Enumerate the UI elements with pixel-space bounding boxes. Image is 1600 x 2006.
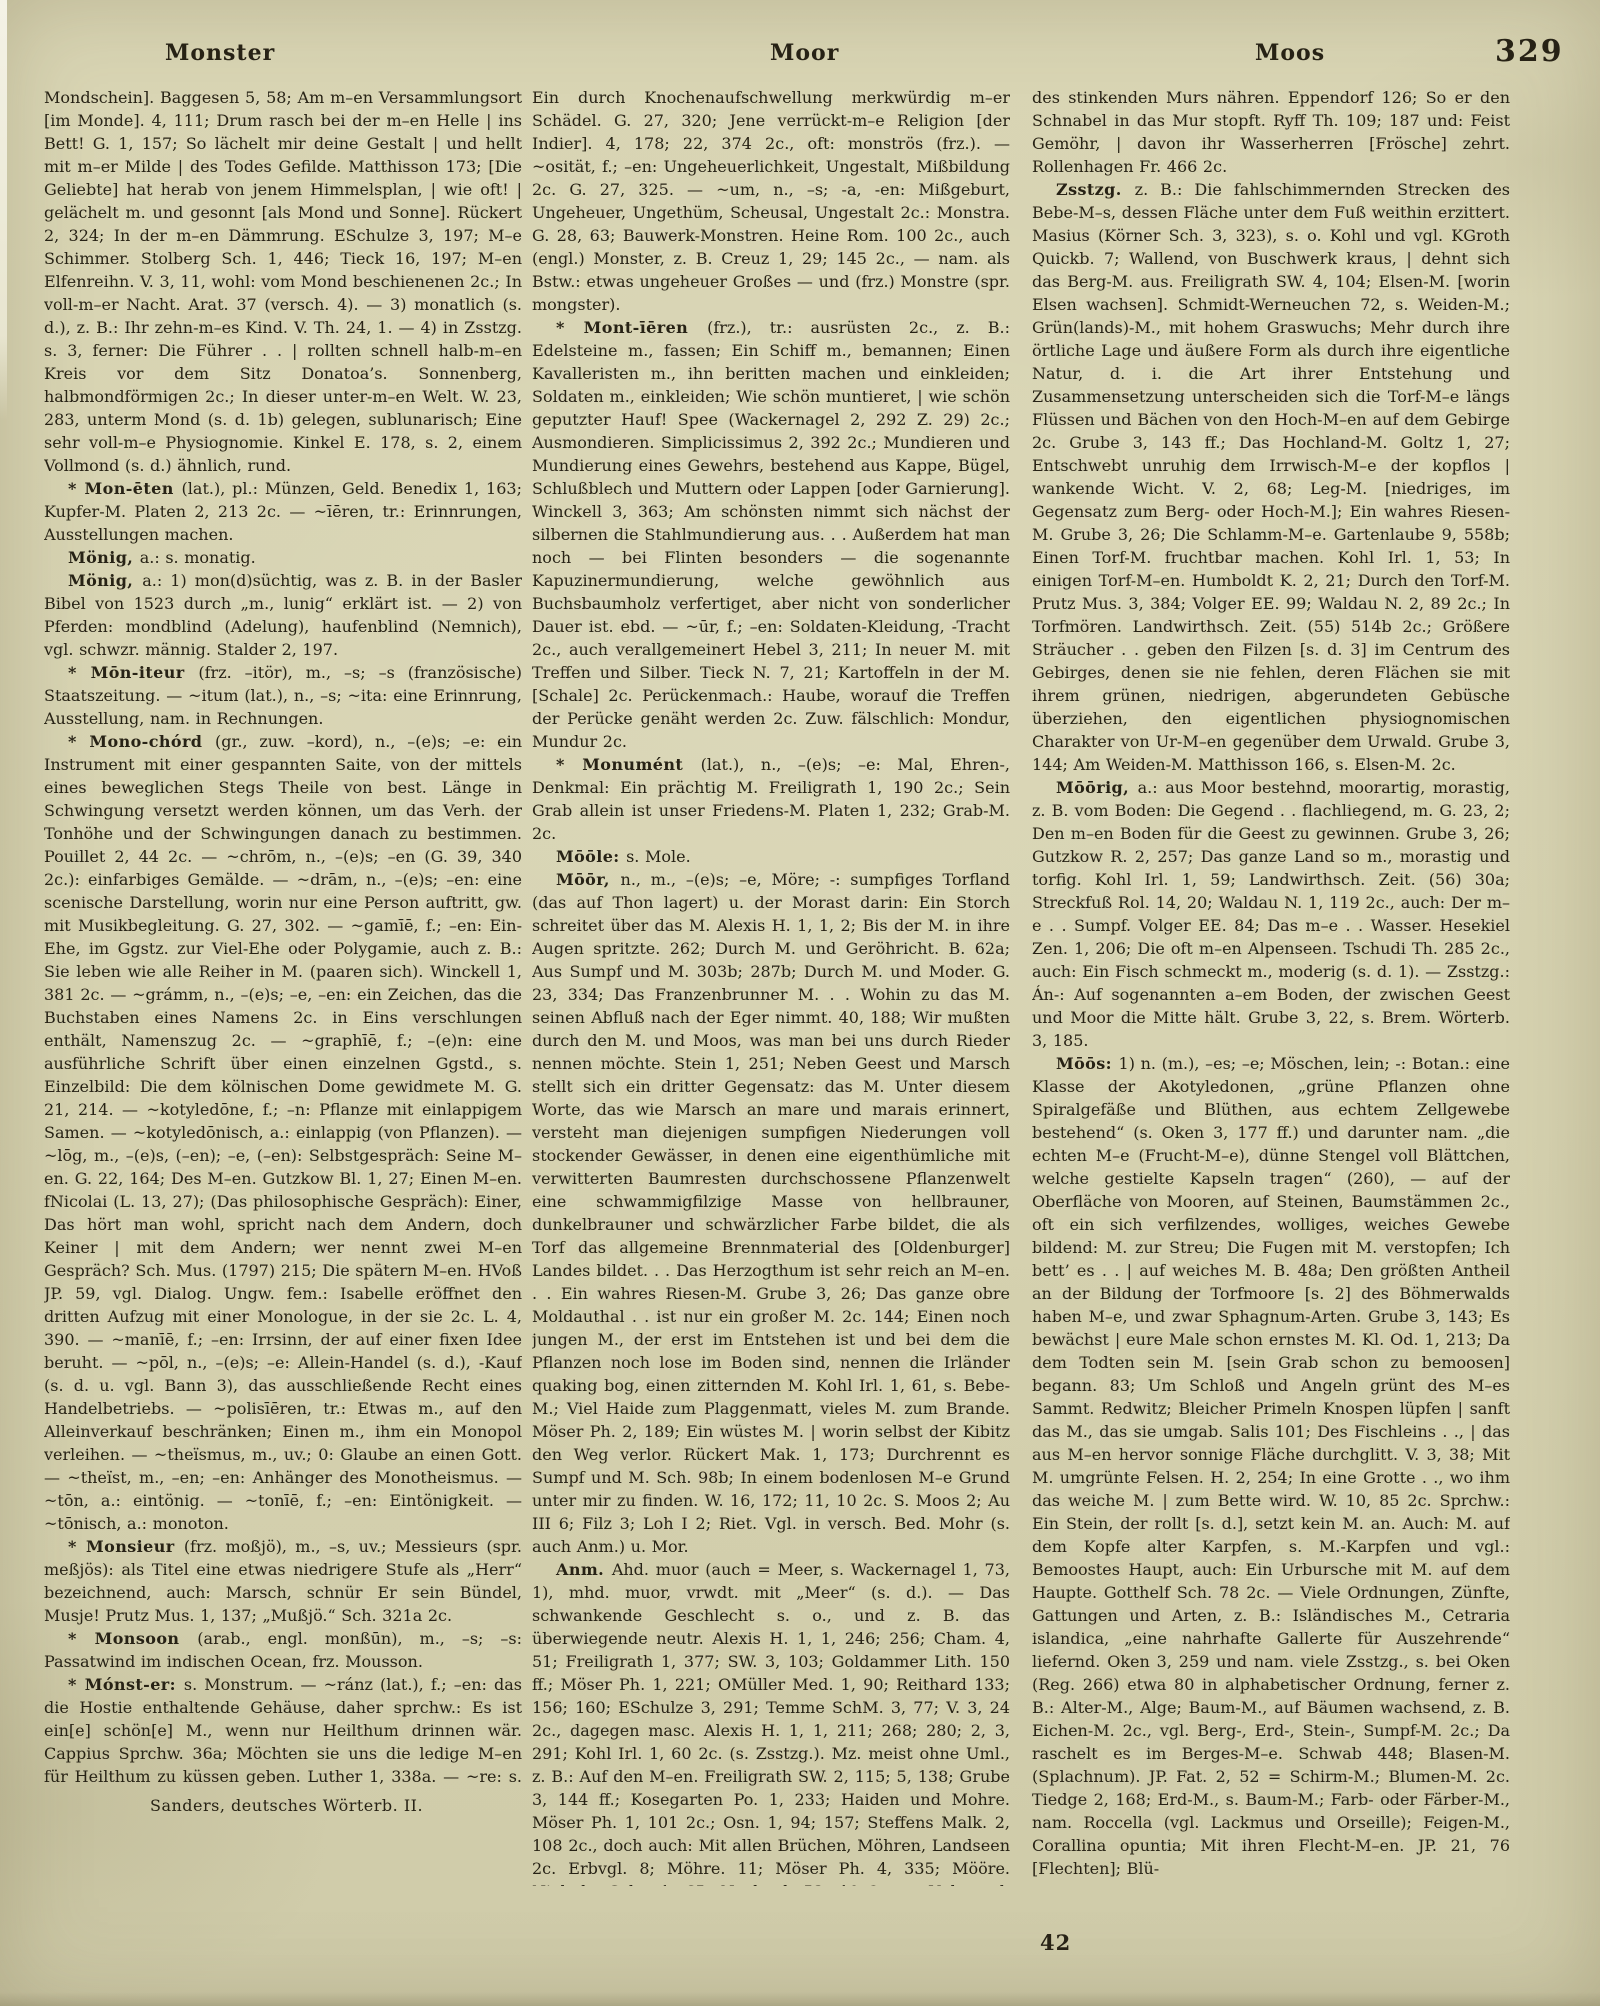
dictionary-paragraph: * Mono-chórd (gr., zuw. –kord), n., –(e)…: [44, 730, 522, 1535]
entry-headword: Mönig,: [68, 571, 142, 590]
entry-headword: Mōōs:: [1056, 1054, 1119, 1073]
dictionary-paragraph: Mondschein]. Baggesen 5, 58; Am m–en Ver…: [44, 86, 522, 477]
scan-edge-bottom: [0, 1992, 1600, 2006]
dictionary-paragraph: * Monsoon (arab., engl. monßūn), m., –s;…: [44, 1627, 522, 1673]
entry-headword: Mōōrig,: [1056, 778, 1138, 797]
sheet-mark: 42: [1040, 1930, 1071, 1955]
dictionary-paragraph: des stinkenden Murs nähren. Eppendorf 12…: [1032, 86, 1510, 178]
dictionary-paragraph: * Mōn-iteur (frz. –itör), m., –s; –s (fr…: [44, 661, 522, 730]
dictionary-paragraph: Mōōr, n., m., –(e)s; –e, Möre; -: sumpfi…: [532, 868, 1010, 1558]
dictionary-paragraph: * Monumént (lat.), n., –(e)s; –e: Mal, E…: [532, 753, 1010, 845]
dictionary-paragraph: Mönig, a.: 1) mon(d)süchtig, was z. B. i…: [44, 569, 522, 661]
entry-headword: * Monsieur: [68, 1537, 184, 1556]
page-number: 329: [1495, 34, 1564, 69]
volume-signature: Sanders, deutsches Wörterb. II.: [150, 1796, 423, 1815]
dictionary-paragraph: * Mont-īēren (frz.), tr.: ausrüsten 2c.,…: [532, 316, 1010, 753]
dictionary-paragraph: Mönig, a.: s. monatig.: [44, 546, 522, 569]
running-head-keyword-right: Moos: [1255, 40, 1325, 66]
dictionary-page: Monster Moor Moos 329 Mondschein]. Bagge…: [0, 0, 1600, 2006]
entry-headword: * Monsoon: [68, 1629, 197, 1648]
running-head: Monster Moor Moos 329: [0, 40, 1600, 74]
text-column-3: des stinkenden Murs nähren. Eppendorf 12…: [1032, 86, 1510, 1948]
entry-headword: Zsstzg.: [1056, 180, 1135, 199]
entry-headword: * Mono-chórd: [68, 732, 215, 751]
text-column-2: Ein durch Knochenaufschwellung merkwürdi…: [532, 86, 1010, 1886]
entry-headword: Anm.: [556, 1560, 612, 1579]
entry-headword: Mōōr,: [556, 870, 621, 889]
dictionary-paragraph: Anm. Ahd. muor (auch = Meer, s. Wackerna…: [532, 1558, 1010, 1886]
entry-headword: * Mont-īēren: [556, 318, 707, 337]
dictionary-paragraph: Mōōle: s. Mole.: [532, 845, 1010, 868]
running-head-keyword-left: Monster: [165, 40, 275, 66]
entry-headword: * Mōn-iteur: [68, 663, 198, 682]
entry-headword: Mönig,: [68, 548, 140, 567]
entry-headword: Mōōle:: [556, 847, 626, 866]
dictionary-paragraph: * Mónst-er: s. Monstrum. — ~ránz (lat.),…: [44, 1673, 522, 1792]
text-column-1: Mondschein]. Baggesen 5, 58; Am m–en Ver…: [44, 86, 522, 1792]
dictionary-paragraph: Ein durch Knochenaufschwellung merkwürdi…: [532, 86, 1010, 316]
dictionary-paragraph: * Mon-ēten (lat.), pl.: Münzen, Geld. Be…: [44, 477, 522, 546]
entry-headword: * Mon-ēten: [68, 479, 182, 498]
running-head-keyword-center: Moor: [770, 40, 839, 66]
dictionary-paragraph: * Monsieur (frz. moßjö), m., –s, uv.; Me…: [44, 1535, 522, 1627]
entry-headword: * Mónst-er:: [68, 1675, 184, 1694]
dictionary-paragraph: Zsstzg. z. B.: Die fahlschimmernden Stre…: [1032, 178, 1510, 776]
dictionary-paragraph: Mōōs: 1) n. (m.), –es; –e; Möschen, lein…: [1032, 1052, 1510, 1880]
entry-headword: * Monumént: [556, 755, 701, 774]
dictionary-paragraph: Mōōrig, a.: aus Moor bestehnd, moorartig…: [1032, 776, 1510, 1052]
